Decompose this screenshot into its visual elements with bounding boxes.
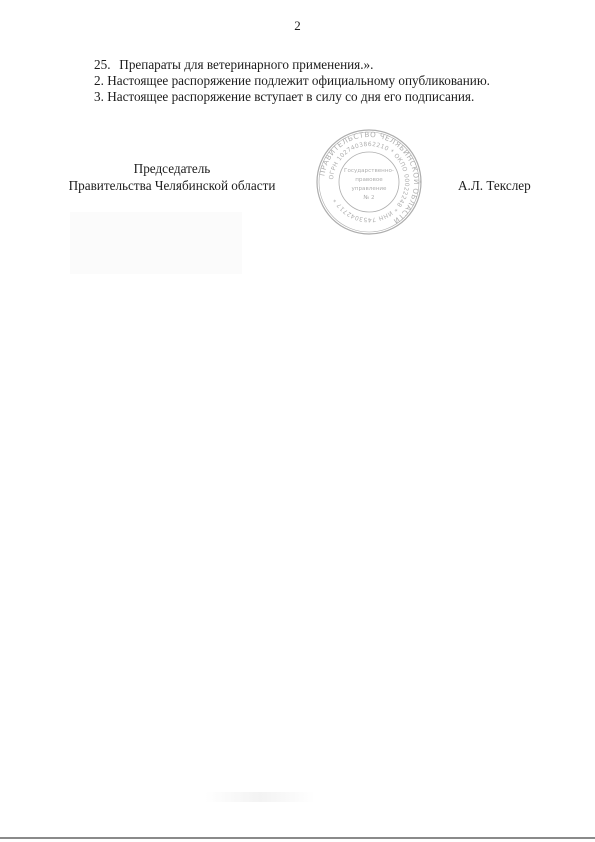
signatory-name: А.Л. Текслер (458, 178, 531, 194)
seal-center-line4: № 2 (363, 195, 374, 201)
list-item-number: 25. (94, 57, 116, 73)
paragraph-publication: 2. Настоящее распоряжение подлежит офици… (94, 73, 490, 89)
faint-scan-area (70, 212, 242, 274)
seal-icon: ПРАВИТЕЛЬСТВО ЧЕЛЯБИНСКОЙ ОБЛАСТИ ОГРН 1… (314, 127, 424, 237)
position-organization: Правительства Челябинской области (60, 177, 284, 194)
official-seal: ПРАВИТЕЛЬСТВО ЧЕЛЯБИНСКОЙ ОБЛАСТИ ОГРН 1… (314, 127, 424, 237)
list-item-text: Препараты для ветеринарного применения.»… (119, 57, 373, 72)
seal-center-line1: Государственно- (344, 168, 394, 174)
page-number: 2 (0, 18, 595, 34)
scan-artifact (205, 792, 315, 802)
seal-center-line2: правовое (355, 177, 383, 183)
signatory-position: Председатель Правительства Челябинской о… (60, 160, 284, 194)
paragraph-effective-date: 3. Настоящее распоряжение вступает в сил… (94, 89, 474, 105)
list-item-25: 25. Препараты для ветеринарного применен… (94, 57, 373, 73)
scan-edge-line (0, 837, 595, 839)
position-title: Председатель (60, 160, 284, 177)
seal-center-line3: управление (352, 186, 388, 192)
